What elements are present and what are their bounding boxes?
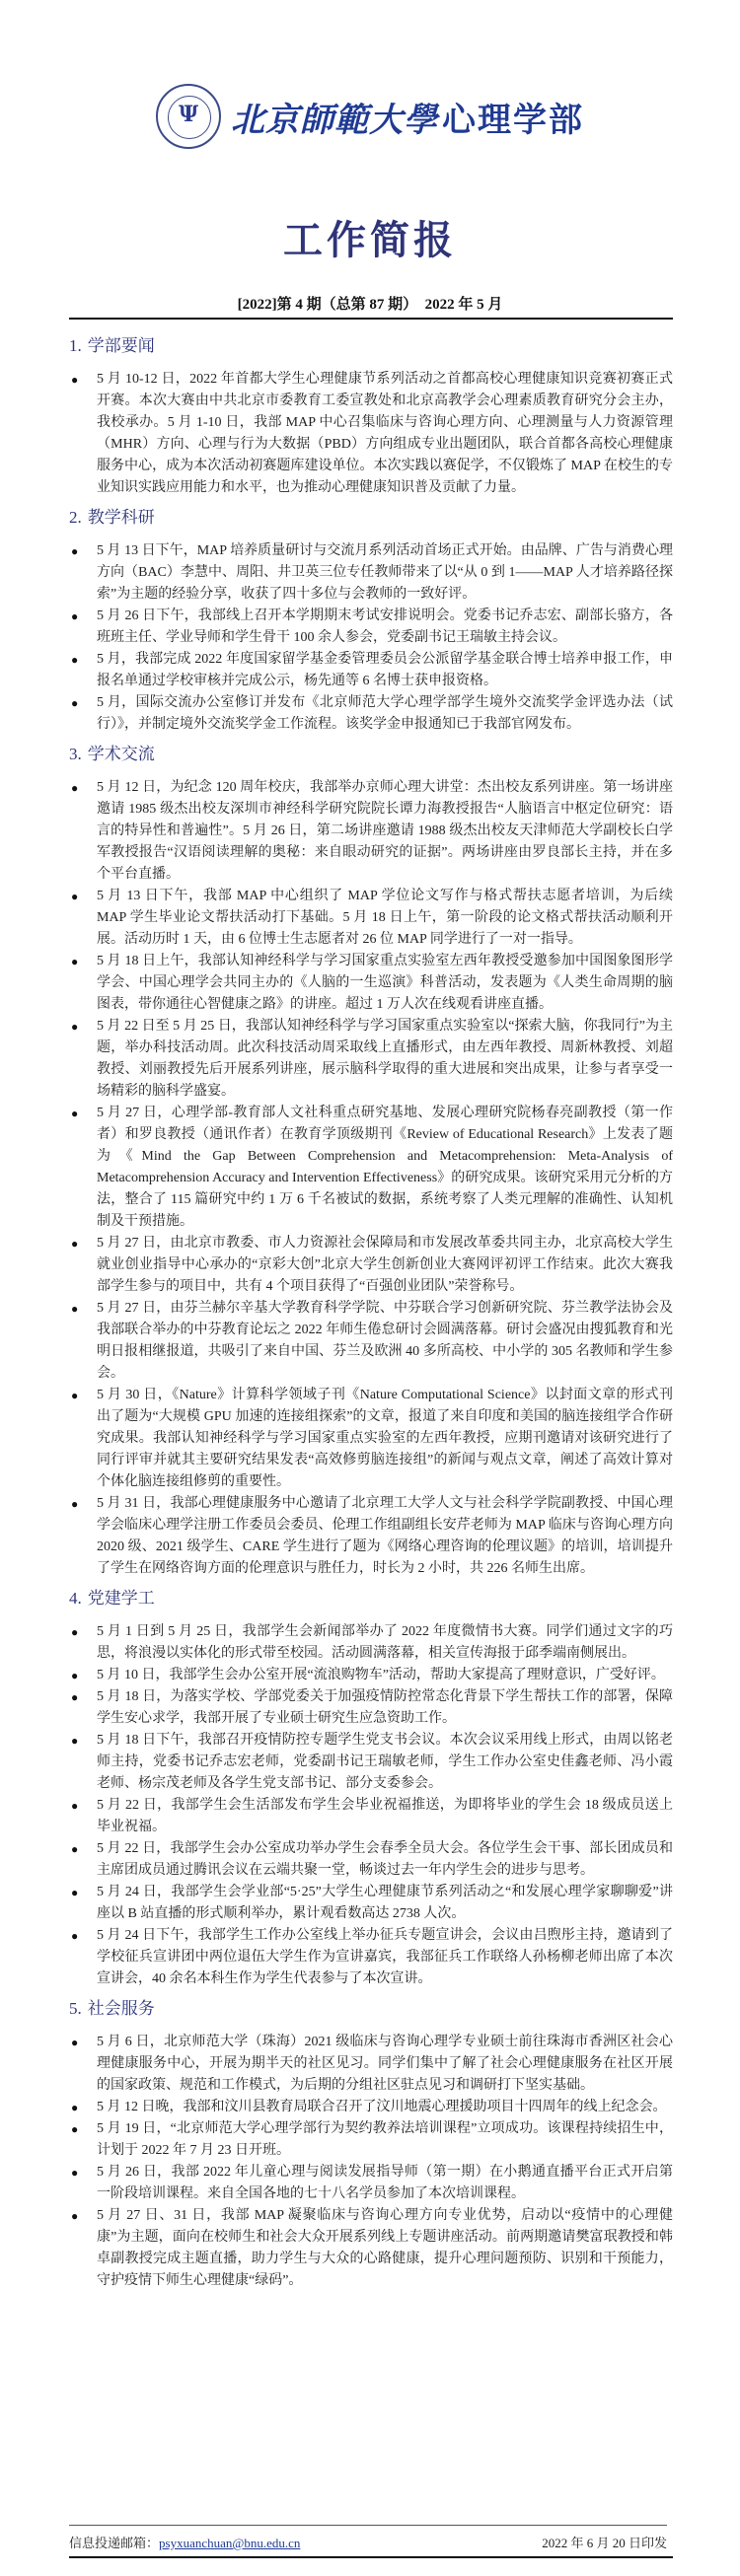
list-item: 5 月 12 日晚，我部和汶川县教育局联合召开了汶川地震心理援助项目十四周年的线…: [69, 2097, 673, 2118]
section-heading: 1.学部要闻: [69, 333, 673, 359]
list-item: 5 月 30 日，《Nature》计算科学领域子刊《Nature Computa…: [69, 1385, 673, 1493]
header-rule: [69, 318, 673, 320]
bulletin-title: 工作简报: [0, 209, 740, 265]
list-item: 5 月 27 日，由芬兰赫尔辛基大学教育科学学院、中芬联合学习创新研究院、芬兰教…: [69, 1298, 673, 1385]
section-title: 学术交流: [88, 745, 155, 764]
department-name: 心理学部: [442, 93, 584, 141]
section-number: 1.: [69, 336, 82, 355]
list-item: 5 月 27 日、31 日，我部 MAP 凝聚临床与咨询心理方向专业优势，启动以…: [69, 2205, 673, 2292]
section-academic-exchange: 3.学术交流 5 月 12 日，为纪念 120 周年校庆，我部举办京师心理大讲堂…: [69, 742, 673, 1580]
list-item: 5 月 19 日，“北京师范大学心理学部行为契约教养法培训课程”立项成功。该课程…: [69, 2118, 673, 2162]
list-item: 5 月 22 日，我部学生会办公室成功举办学生会春季全员大会。各位学生会干事、部…: [69, 1838, 673, 1882]
section-number: 5.: [69, 1999, 82, 2018]
section-teaching-research: 2.教学科研 5 月 13 日下午，MAP 培养质量研讨与交流月系列活动首场正式…: [69, 505, 673, 736]
footer-rule-thin: [69, 2525, 667, 2526]
list-item: 5 月 22 日，我部学生会生活部发布学生会毕业祝福推送，为即将毕业的学生会 1…: [69, 1795, 673, 1838]
section-heading: 3.学术交流: [69, 742, 673, 767]
list-item: 5 月 12 日，为纪念 120 周年校庆，我部举办京师心理大讲堂：杰出校友系列…: [69, 777, 673, 886]
list-item: 5 月 24 日，我部学生会学业部“5·25”大学生心理健康节系列活动之“和发展…: [69, 1882, 673, 1925]
section-title: 学部要闻: [88, 336, 155, 356]
section-number: 2.: [69, 508, 82, 527]
footer-rule-thick: [69, 2556, 673, 2558]
email-label: 信息投递邮箱：: [69, 2536, 159, 2550]
list-item: 5 月 13 日下午，我部 MAP 中心组织了 MAP 学位论文写作与格式帮扶志…: [69, 886, 673, 951]
list-item: 5 月 31 日，我部心理健康服务中心邀请了北京理工大学人文与社会科学学院副教授…: [69, 1493, 673, 1580]
section-title: 社会服务: [88, 1999, 155, 2019]
list-item: 5 月 10-12 日，2022 年首都大学生心理健康节系列活动之首都高校心理健…: [69, 369, 673, 499]
item-list: 5 月 13 日下午，MAP 培养质量研讨与交流月系列活动首场正式开始。由品牌、…: [69, 540, 673, 736]
section-news: 1.学部要闻 5 月 10-12 日，2022 年首都大学生心理健康节系列活动之…: [69, 333, 673, 499]
section-title: 教学科研: [88, 508, 155, 528]
psi-glyph: Ψ: [158, 102, 219, 127]
section-heading: 5.社会服务: [69, 1996, 673, 2022]
list-item: 5 月 1 日到 5 月 25 日，我部学生会新闻部举办了 2022 年度微情书…: [69, 1621, 673, 1665]
bulletin-body: 1.学部要闻 5 月 10-12 日，2022 年首都大学生心理健康节系列活动之…: [69, 327, 673, 2292]
list-item: 5 月 18 日，为落实学校、学部党委关于加强疫情防控常态化背景下学生帮扶工作的…: [69, 1686, 673, 1730]
section-party-student-affairs: 4.党建学工 5 月 1 日到 5 月 25 日，我部学生会新闻部举办了 202…: [69, 1586, 673, 1990]
email-link[interactable]: psyxuanchuan@bnu.edu.cn: [159, 2536, 300, 2550]
item-list: 5 月 10-12 日，2022 年首都大学生心理健康节系列活动之首都高校心理健…: [69, 369, 673, 499]
list-item: 5 月 27 日，心理学部-教育部人文社科重点研究基地、发展心理研究院杨春亮副教…: [69, 1103, 673, 1233]
list-item: 5 月 26 日，我部 2022 年儿童心理与阅读发展指导师（第一期）在小鹅通直…: [69, 2162, 673, 2205]
section-number: 4.: [69, 1589, 82, 1608]
email-block: 信息投递邮箱：psyxuanchuan@bnu.edu.cn: [69, 2533, 300, 2554]
section-heading: 4.党建学工: [69, 1586, 673, 1611]
list-item: 5 月 10 日，我部学生会办公室开展“流浪购物车”活动，帮助大家提高了理财意识…: [69, 1665, 673, 1686]
university-seal-icon: Ψ: [156, 84, 221, 149]
list-item: 5 月，国际交流办公室修订并发布《北京师范大学心理学部学生境外交流奖学金评选办法…: [69, 692, 673, 736]
list-item: 5 月 24 日下午，我部学生工作办公室线上举办征兵专题宣讲会，会议由吕煦彤主持…: [69, 1925, 673, 1990]
list-item: 5 月，我部完成 2022 年度国家留学基金委管理委员会公派留学基金联合博士培养…: [69, 649, 673, 692]
item-list: 5 月 1 日到 5 月 25 日，我部学生会新闻部举办了 2022 年度微情书…: [69, 1621, 673, 1990]
item-list: 5 月 12 日，为纪念 120 周年校庆，我部举办京师心理大讲堂：杰出校友系列…: [69, 777, 673, 1580]
university-name: 北京師範大學: [231, 93, 438, 141]
issue-line: [2022]第 4 期（总第 87 期） 2022 年 5 月: [0, 293, 740, 314]
list-item: 5 月 18 日下午，我部召开疫情防控专题学生党支书会议。本次会议采用线上形式，…: [69, 1730, 673, 1795]
list-item: 5 月 6 日，北京师范大学（珠海）2021 级临床与咨询心理学专业硕士前往珠海…: [69, 2032, 673, 2097]
list-item: 5 月 18 日上午，我部认知神经科学与学习国家重点实验室左西年教授受邀参加中国…: [69, 951, 673, 1016]
list-item: 5 月 26 日下午，我部线上召开本学期期末考试安排说明会。党委书记乔志宏、副部…: [69, 606, 673, 649]
section-number: 3.: [69, 745, 82, 763]
footer: 信息投递邮箱：psyxuanchuan@bnu.edu.cn 2022 年 6 …: [69, 2533, 667, 2554]
print-date: 2022 年 6 月 20 日印发: [542, 2533, 667, 2554]
section-title: 党建学工: [88, 1589, 155, 1609]
section-social-service: 5.社会服务 5 月 6 日，北京师范大学（珠海）2021 级临床与咨询心理学专…: [69, 1996, 673, 2292]
list-item: 5 月 13 日下午，MAP 培养质量研讨与交流月系列活动首场正式开始。由品牌、…: [69, 540, 673, 606]
masthead: Ψ 北京師範大學 心理学部: [0, 77, 740, 156]
list-item: 5 月 27 日，由北京市教委、市人力资源社会保障局和市发展改革委共同主办，北京…: [69, 1233, 673, 1298]
section-heading: 2.教学科研: [69, 505, 673, 531]
list-item: 5 月 22 日至 5 月 25 日，我部认知神经科学与学习国家重点实验室以“探…: [69, 1016, 673, 1103]
item-list: 5 月 6 日，北京师范大学（珠海）2021 级临床与咨询心理学专业硕士前往珠海…: [69, 2032, 673, 2292]
